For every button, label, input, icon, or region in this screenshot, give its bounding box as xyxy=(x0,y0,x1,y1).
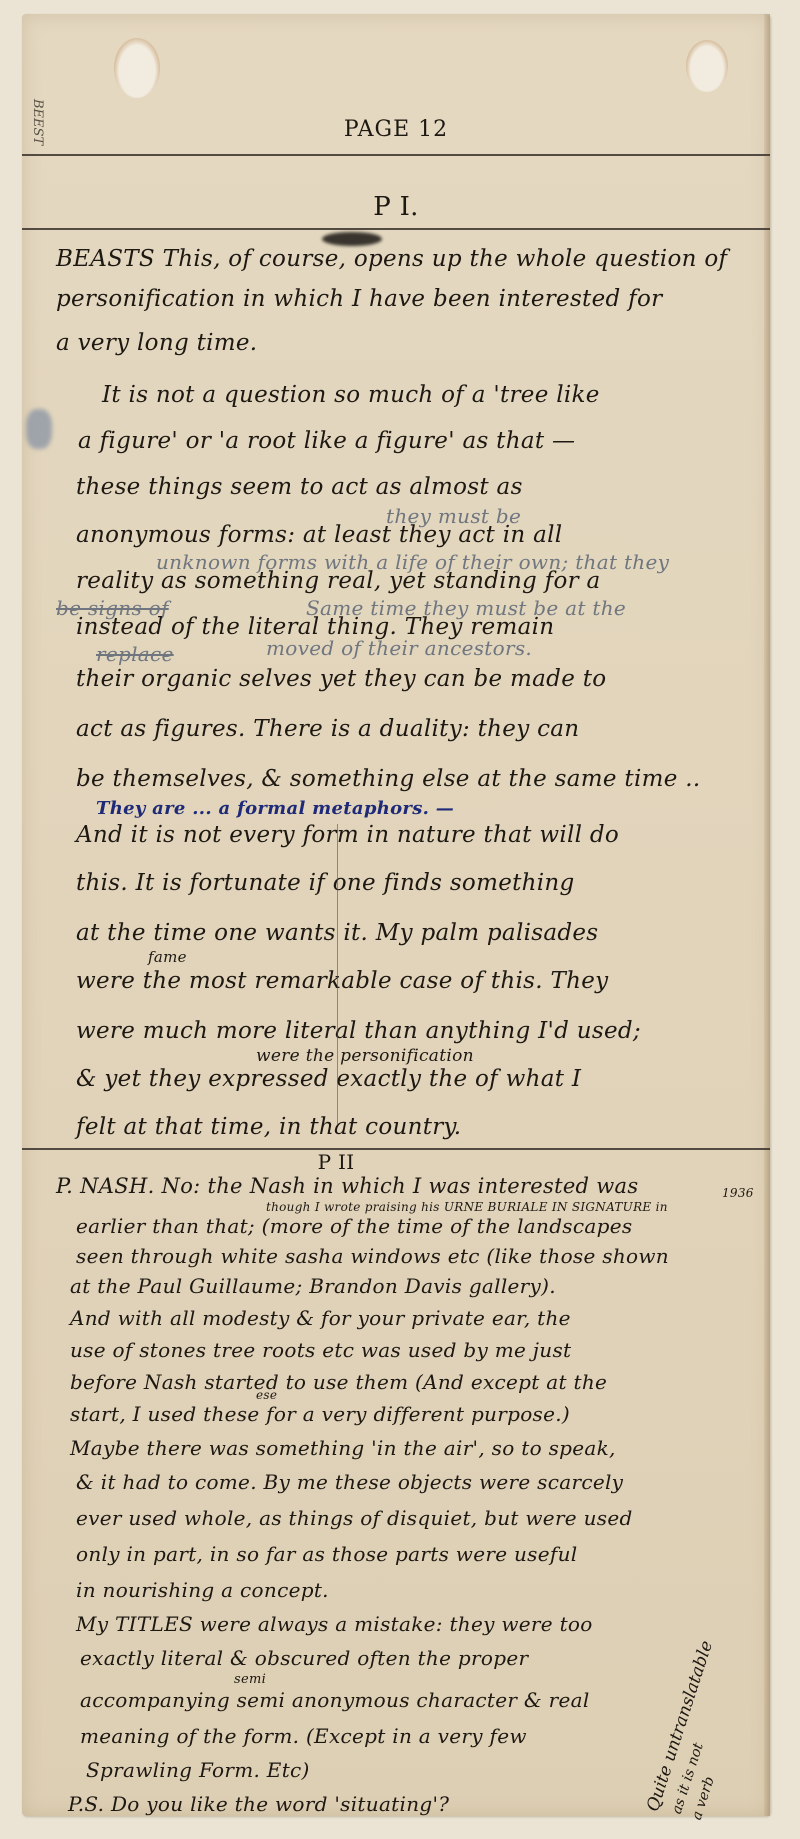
section-2-body: P. NASH. No: the Nash in which I was int… xyxy=(56,14,766,1816)
text-line: start, I used these for a very different… xyxy=(70,1402,570,1426)
insertion-text: though I wrote praising his URNE BURIALE… xyxy=(266,1200,668,1214)
text-line: before Nash started to use them (And exc… xyxy=(70,1370,607,1394)
text-line: accompanying semi anonymous character & … xyxy=(80,1688,590,1712)
text-line: ever used whole, as things of disquiet, … xyxy=(76,1506,633,1530)
text-line: And with all modesty & for your private … xyxy=(70,1306,571,1330)
year-note: 1936 xyxy=(722,1186,754,1200)
text-line: & it had to come. By me these objects we… xyxy=(76,1470,623,1494)
text-line: exactly literal & obscured often the pro… xyxy=(80,1646,528,1670)
text-line: Sprawling Form. Etc) xyxy=(86,1758,310,1782)
text-line: meaning of the form. (Except in a very f… xyxy=(80,1724,527,1748)
text-line: P. NASH. No: the Nash in which I was int… xyxy=(56,1174,638,1198)
insertion-text: semi xyxy=(234,1672,266,1687)
text-line: My TITLES were always a mistake: they we… xyxy=(76,1612,593,1636)
text-line: earlier than that; (more of the time of … xyxy=(76,1214,632,1238)
text-line: seen through white sasha windows etc (li… xyxy=(76,1244,669,1268)
text-line: Maybe there was something 'in the air', … xyxy=(70,1436,616,1460)
text-line: use of stones tree roots etc was used by… xyxy=(70,1338,571,1362)
text-line: only in part, in so far as those parts w… xyxy=(76,1542,577,1566)
manuscript-sheet: BEEST PAGE 12 P I. BEASTS This, of cours… xyxy=(22,14,770,1816)
text-line: in nourishing a concept. xyxy=(76,1578,329,1602)
ink-stain xyxy=(26,409,52,449)
text-line: P.S. Do you like the word 'situating'? xyxy=(68,1792,449,1816)
insertion-text: ese xyxy=(256,1388,277,1402)
text-line: at the Paul Guillaume; Brandon Davis gal… xyxy=(70,1274,556,1298)
